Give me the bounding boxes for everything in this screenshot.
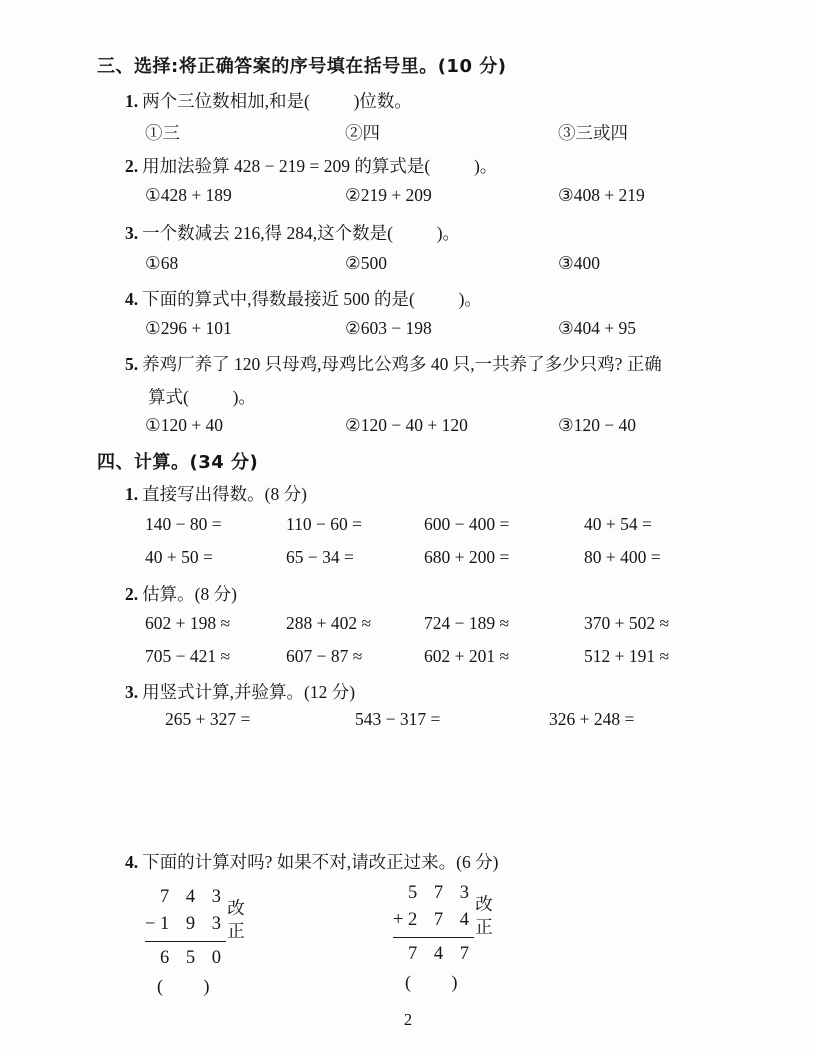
vcalc-top-row: 7 4 3 <box>145 884 275 911</box>
sub3-number: 3. <box>125 682 138 702</box>
option-2: ②603 − 198 <box>345 318 558 339</box>
option-1: ①296 + 101 <box>145 318 345 339</box>
option-3: ③408 + 219 <box>558 185 785 206</box>
correction-char-2: 正 <box>473 916 495 939</box>
sub3-title-text: 用竖式计算,并验算。(12 分) <box>142 682 355 702</box>
sub4-title-text: 下面的计算对吗? 如果不对,请改正过来。(6 分) <box>142 852 498 872</box>
question-4: 4.下面的算式中,得数最接近 500 的是( )。 <box>125 286 482 311</box>
estimate-item: 602 + 201 ≈ <box>424 646 584 667</box>
vertical-calc-addition: 5 7 3 +2 7 4 7 4 7 ( ) 改 正 <box>393 880 523 996</box>
column-calc-problems: 265 + 327 = 543 − 317 = 326 + 248 = <box>165 709 785 730</box>
option-1: ①120 + 40 <box>145 415 345 436</box>
column-problem: 326 + 248 = <box>549 709 785 730</box>
sub1-title-text: 直接写出得数。(8 分) <box>142 484 307 504</box>
section4-sub2-title: 2.估算。(8 分) <box>125 581 237 606</box>
option-2: ②219 + 209 <box>345 185 558 206</box>
correction-label: 改 正 <box>473 893 495 939</box>
page-number: 2 <box>388 1010 428 1030</box>
question-2-options: ①428 + 189 ②219 + 209 ③408 + 219 <box>145 185 785 206</box>
calc-item: 680 + 200 = <box>424 547 584 568</box>
question-5-number: 5. <box>125 354 138 374</box>
vcalc-second-row: −1 9 3 <box>145 911 275 938</box>
question-2-text: 用加法验算 428 − 219 = 209 的算式是( )。 <box>142 156 497 176</box>
question-1-number: 1. <box>125 91 138 111</box>
vcalc-rule-line <box>145 941 226 942</box>
question-5-text-line2: 算式( )。 <box>148 387 256 407</box>
vcalc-answer-parens: ( ) <box>145 972 275 1000</box>
section4-heading: 四、计算。(34 分) <box>97 448 258 474</box>
vcalc-second-row: +2 7 4 <box>393 907 523 934</box>
plus-sign: + <box>393 907 403 934</box>
option-2: ②120 − 40 + 120 <box>345 415 558 436</box>
calc-item: 40 + 54 = <box>584 514 805 535</box>
estimate-row-2: 705 − 421 ≈ 607 − 87 ≈ 602 + 201 ≈ 512 +… <box>145 646 805 667</box>
calc-item: 110 − 60 = <box>286 514 424 535</box>
option-2: ②500 <box>345 253 558 274</box>
question-3-number: 3. <box>125 223 138 243</box>
estimate-item: 705 − 421 ≈ <box>145 646 286 667</box>
calc-item: 40 + 50 = <box>145 547 286 568</box>
section4-sub4-title: 4.下面的计算对吗? 如果不对,请改正过来。(6 分) <box>125 849 498 874</box>
question-5: 5.养鸡厂养了 120 只母鸡,母鸡比公鸡多 40 只,一共养了多少只鸡? 正确 <box>125 351 662 376</box>
option-3: ③404 + 95 <box>558 318 785 339</box>
correction-char-2: 正 <box>225 920 247 943</box>
direct-calc-row-1: 140 − 80 = 110 − 60 = 600 − 400 = 40 + 5… <box>145 514 805 535</box>
option-1: ①68 <box>145 253 345 274</box>
sub2-number: 2. <box>125 584 138 604</box>
option-3: ③三或四 <box>558 120 785 145</box>
estimate-item: 370 + 502 ≈ <box>584 613 805 634</box>
calc-item: 80 + 400 = <box>584 547 805 568</box>
sub2-title-text: 估算。(8 分) <box>142 584 237 604</box>
vcalc-top-row: 5 7 3 <box>393 880 523 907</box>
correction-label: 改 正 <box>225 897 247 943</box>
question-1: 1.两个三位数相加,和是( )位数。 <box>125 88 412 113</box>
question-3: 3.一个数减去 216,得 284,这个数是( )。 <box>125 220 460 245</box>
estimate-item: 288 + 402 ≈ <box>286 613 424 634</box>
calc-item: 600 − 400 = <box>424 514 584 535</box>
estimate-item: 607 − 87 ≈ <box>286 646 424 667</box>
question-1-text: 两个三位数相加,和是( )位数。 <box>142 91 412 111</box>
calc-item: 65 − 34 = <box>286 547 424 568</box>
option-1: ①三 <box>145 120 345 145</box>
estimate-item: 724 − 189 ≈ <box>424 613 584 634</box>
direct-calc-row-2: 40 + 50 = 65 − 34 = 680 + 200 = 80 + 400… <box>145 547 805 568</box>
section4-sub3-title: 3.用竖式计算,并验算。(12 分) <box>125 679 355 704</box>
vcalc-rule-line <box>393 937 474 938</box>
vcalc-answer-parens: ( ) <box>393 968 523 996</box>
option-3: ③400 <box>558 253 785 274</box>
vertical-calc-subtraction: 7 4 3 −1 9 3 6 5 0 ( ) 改 正 <box>145 884 275 1000</box>
question-5-line2: 算式( )。 <box>148 384 256 409</box>
vcalc-second-digits: 2 7 4 <box>408 910 469 930</box>
question-4-number: 4. <box>125 289 138 309</box>
column-problem: 543 − 317 = <box>355 709 549 730</box>
estimate-item: 512 + 191 ≈ <box>584 646 805 667</box>
question-3-text: 一个数减去 216,得 284,这个数是( )。 <box>142 223 460 243</box>
estimate-item: 602 + 198 ≈ <box>145 613 286 634</box>
question-1-options: ①三 ②四 ③三或四 <box>145 120 785 145</box>
sub4-number: 4. <box>125 852 138 872</box>
vcalc-second-digits: 1 9 3 <box>160 914 221 934</box>
question-2: 2.用加法验算 428 − 219 = 209 的算式是( )。 <box>125 153 497 178</box>
question-2-number: 2. <box>125 156 138 176</box>
column-problem: 265 + 327 = <box>165 709 355 730</box>
question-5-text-line1: 养鸡厂养了 120 只母鸡,母鸡比公鸡多 40 只,一共养了多少只鸡? 正确 <box>142 354 662 374</box>
option-3: ③120 − 40 <box>558 415 785 436</box>
question-5-options: ①120 + 40 ②120 − 40 + 120 ③120 − 40 <box>145 415 785 436</box>
question-4-text: 下面的算式中,得数最接近 500 的是( )。 <box>142 289 482 309</box>
section3-heading: 三、选择:将正确答案的序号填在括号里。(10 分) <box>97 52 506 78</box>
sub1-number: 1. <box>125 484 138 504</box>
minus-sign: − <box>145 911 155 938</box>
correction-char-1: 改 <box>225 897 247 920</box>
vcalc-result-row: 7 4 7 <box>393 941 523 968</box>
option-1: ①428 + 189 <box>145 185 345 206</box>
calc-item: 140 − 80 = <box>145 514 286 535</box>
worksheet-page: 三、选择:将正确答案的序号填在括号里。(10 分) 1.两个三位数相加,和是( … <box>0 0 816 1056</box>
question-4-options: ①296 + 101 ②603 − 198 ③404 + 95 <box>145 318 785 339</box>
correction-char-1: 改 <box>473 893 495 916</box>
section4-sub1-title: 1.直接写出得数。(8 分) <box>125 481 307 506</box>
estimate-row-1: 602 + 198 ≈ 288 + 402 ≈ 724 − 189 ≈ 370 … <box>145 613 805 634</box>
question-3-options: ①68 ②500 ③400 <box>145 253 785 274</box>
option-2: ②四 <box>345 120 558 145</box>
vcalc-result-row: 6 5 0 <box>145 945 275 972</box>
